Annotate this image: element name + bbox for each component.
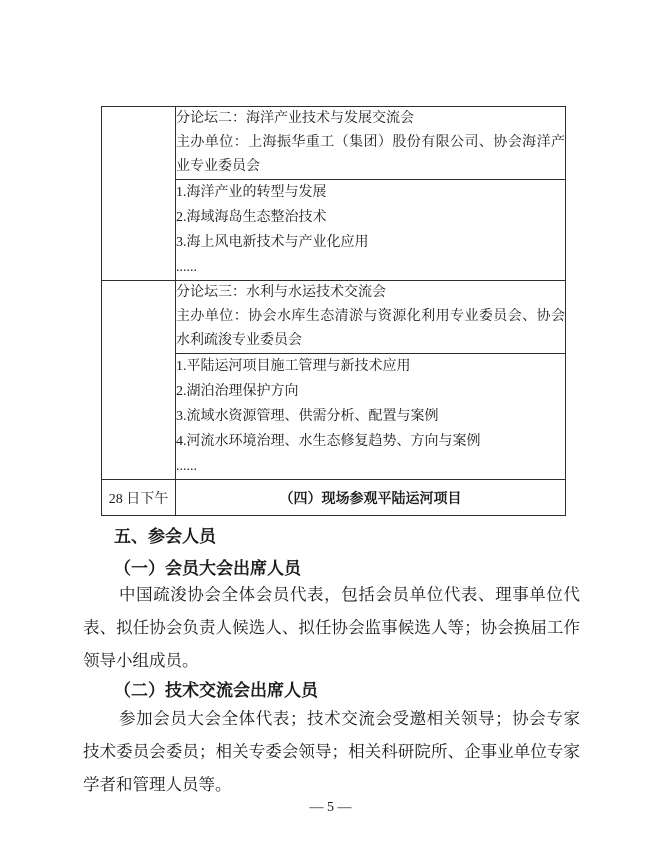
section-heading-participants: 五、参会人员 bbox=[83, 520, 580, 553]
topic-item: 1.海洋产业的转型与发展 bbox=[176, 180, 565, 205]
forum2-topics-cell: 1.海洋产业的转型与发展 2.海域海岛生态整治技术 3.海上风电新技术与产业化应… bbox=[176, 180, 566, 281]
topic-item: 3.海上风电新技术与产业化应用 bbox=[176, 230, 565, 255]
paragraph-tech-exchange: 参加会员大会全体代表；技术交流会受邀相关领导；协会专家技术委员会委员；相关专委会… bbox=[83, 702, 580, 801]
forum3-organizer: 主办单位：协会水库生态清淤与资源化利用专业委员会、协会水利疏浚专业委员会 bbox=[176, 305, 565, 353]
topic-item: 1.平陆运河项目施工管理与新技术应用 bbox=[176, 354, 565, 379]
topic-item: 4.河流水环境治理、水生态修复趋势、方向与案例 bbox=[176, 429, 565, 454]
forum2-title: 分论坛二：海洋产业技术与发展交流会 bbox=[176, 107, 565, 131]
table-row: 分论坛二：海洋产业技术与发展交流会 主办单位：上海振华重工（集团）股份有限公司、… bbox=[102, 107, 566, 180]
forum3-topics-cell: 1.平陆运河项目施工管理与新技术应用 2.湖泊治理保护方向 3.流域水资源管理、… bbox=[176, 354, 566, 480]
time-cell-empty-forum2 bbox=[102, 107, 176, 281]
paragraph-member-assembly: 中国疏浚协会全体会员代表，包括会员单位代表、理事单位代表、拟任协会负责人候选人、… bbox=[83, 578, 580, 677]
topic-ellipsis: ...... bbox=[176, 454, 565, 479]
page-number: — 5 — bbox=[0, 800, 661, 816]
time-cell-empty-forum3 bbox=[102, 281, 176, 480]
topic-item: 3.流域水资源管理、供需分析、配置与案例 bbox=[176, 404, 565, 429]
table-row: 28 日下午 （四）现场参观平陆运河项目 bbox=[102, 480, 566, 516]
forum3-header-cell: 分论坛三：水利与水运技术交流会 主办单位：协会水库生态清淤与资源化利用专业委员会… bbox=[176, 281, 566, 354]
topic-item: 2.湖泊治理保护方向 bbox=[176, 379, 565, 404]
topic-ellipsis: ...... bbox=[176, 255, 565, 280]
forum2-organizer: 主办单位：上海振华重工（集团）股份有限公司、协会海洋产业专业委员会 bbox=[176, 131, 565, 179]
table-row: 分论坛三：水利与水运技术交流会 主办单位：协会水库生态清淤与资源化利用专业委员会… bbox=[102, 281, 566, 354]
document-page: 分论坛二：海洋产业技术与发展交流会 主办单位：上海振华重工（集团）股份有限公司、… bbox=[0, 0, 661, 854]
schedule-table: 分论坛二：海洋产业技术与发展交流会 主办单位：上海振华重工（集团）股份有限公司、… bbox=[101, 106, 566, 516]
activity-cell: （四）现场参观平陆运河项目 bbox=[176, 480, 566, 516]
topic-item: 2.海域海岛生态整治技术 bbox=[176, 205, 565, 230]
forum2-header-cell: 分论坛二：海洋产业技术与发展交流会 主办单位：上海振华重工（集团）股份有限公司、… bbox=[176, 107, 566, 180]
time-cell: 28 日下午 bbox=[102, 480, 176, 516]
forum3-title: 分论坛三：水利与水运技术交流会 bbox=[176, 281, 565, 305]
